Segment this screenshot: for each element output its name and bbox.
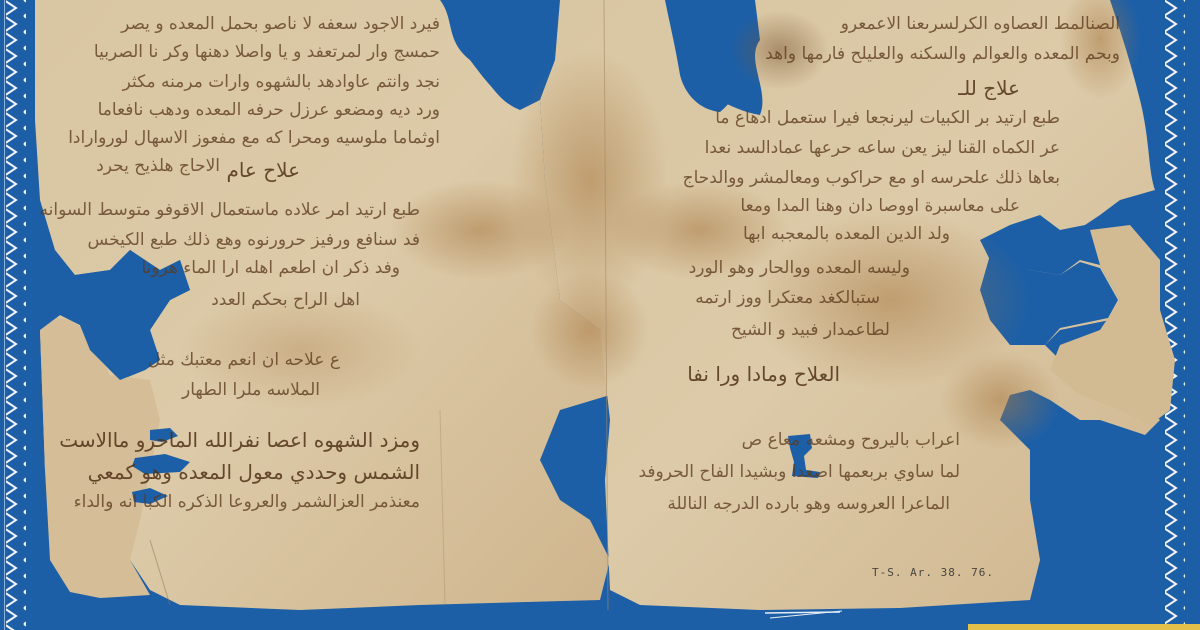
left-edge-line bbox=[4, 0, 5, 630]
left-line-8: فد سنافع ورفيز حرورنوه وهع ذلك طبع الكيخ… bbox=[88, 230, 420, 250]
right-line-1: الصنالمط العصاوه الكرلسرىعنا الاعمعرو bbox=[841, 14, 1120, 34]
left-line-15: معنذمر العزالشمر والعروعا الذكره الكبا ا… bbox=[74, 492, 420, 512]
right-line-10: لطاعمدار فبيد و الشيح bbox=[731, 320, 890, 340]
right-line-9: ستبالكغد معتكرا ووز ارتمه bbox=[695, 288, 880, 308]
left-line-9: وفد ذكر ان اطعم اهله ارا الماء هرونا bbox=[141, 258, 400, 278]
right-line-8: وليسه المعده ووالحار وهو الورد bbox=[689, 258, 910, 278]
left-line-6: الاحاج هلذيح يحرد bbox=[96, 156, 220, 176]
right-line-12: اعراب باليروح ومشعه معاع ص bbox=[742, 430, 960, 450]
right-stitch bbox=[1165, 0, 1185, 630]
left-line-7: طبع ارتيد امر علاده ماستعمال الاقوفو متو… bbox=[40, 200, 421, 220]
left-line-1: فيرد الاجود سعفه لا ناصو بحمل المعده و ي… bbox=[121, 14, 440, 34]
right-line-7: ولد الدين المعده بالمعجبه ابها bbox=[743, 224, 950, 244]
left-line-13: ومزد الشهوه اعصا نفرالله الماحرو ماالاست bbox=[59, 428, 420, 452]
right-heading: علاج للـ bbox=[958, 76, 1020, 100]
manuscript-svg bbox=[0, 0, 1200, 630]
left-line-12: الملاسه ملرا الطهار bbox=[182, 380, 320, 400]
left-line-4: ورد ديه ومضعو عرزل حرفه المعده ودهب نافع… bbox=[98, 100, 440, 120]
right-line-5: بعاها ذلك علحرسه او مع حراكوب ومعالمشر و… bbox=[683, 168, 1060, 188]
manuscript-photo: فيرد الاجود سعفه لا ناصو بحمل المعده و ي… bbox=[0, 0, 1200, 630]
left-line-14: الشمس وحددي معول المعده وهو كمعي bbox=[88, 460, 420, 484]
right-line-14: الماعرا العروسه وهو بارده الدرجه الناللة bbox=[667, 494, 950, 514]
right-line-4: عر الكماه القنا ليز يعن ساعه حرعها عمادا… bbox=[705, 138, 1060, 158]
left-heading: علاح عام bbox=[226, 158, 300, 182]
right-line-13: لما ساوي بربعمها اصعدا وبشيدا الفاح الحر… bbox=[639, 462, 961, 482]
left-line-3: نجد وانتم عاوادهد بالشهوه وارات مرمنه مك… bbox=[123, 72, 440, 92]
right-line-6: على معاسبرة اووصا دان وهنا المدا ومعا bbox=[740, 196, 1020, 216]
left-line-2: حمسج وار لمرتعفد و يا واصلا دهنها وكر نا… bbox=[94, 42, 440, 62]
left-stitch bbox=[6, 0, 26, 630]
left-line-5: اوثماما ملوسيه ومحرا كه مع مفعوز الاسهال… bbox=[68, 128, 440, 148]
right-line-11: العلاح ومادا ورا نفا bbox=[687, 362, 840, 386]
yellow-label-strip bbox=[968, 624, 1200, 630]
right-line-2: وبحم المعده والعوالم والسكنه والعليلح فا… bbox=[765, 44, 1120, 64]
left-line-10: اهل الراح بحكم العدد bbox=[211, 290, 360, 310]
left-line-11: ع علاحه ان انعم معتبك مثل bbox=[148, 350, 340, 370]
shelfmark-label: T-S. Ar. 38. 76. bbox=[872, 566, 994, 579]
right-line-3: طبع ارتيد بر الكبيات ليرنجعا فيرا ستعمل … bbox=[715, 108, 1060, 128]
